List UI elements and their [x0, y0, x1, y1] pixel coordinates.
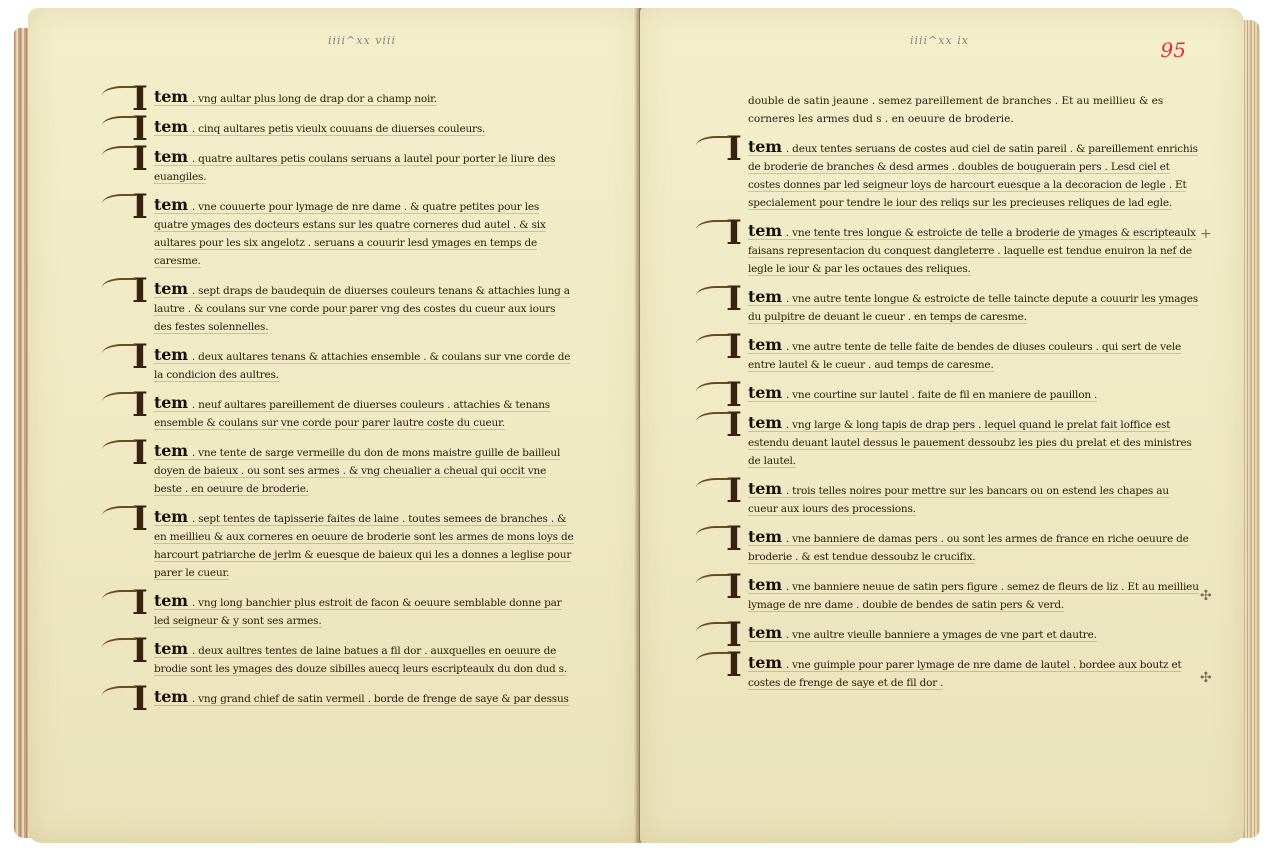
- inventory-entry: Item. vne autre tente de telle faite de …: [730, 336, 1200, 374]
- item-heading: tem: [748, 287, 782, 306]
- entry-text: . vne tente tres longue & estroicte de t…: [748, 227, 1196, 275]
- entry-text: . vne autre tente longue & estroicte de …: [748, 293, 1198, 323]
- marginal-quatrefoil-mark: ✣: [1200, 588, 1212, 604]
- decorated-initial: I: [726, 282, 742, 316]
- left-text-block: Item. vng aultar plus long de drap dor a…: [136, 88, 576, 718]
- item-heading: tem: [748, 335, 782, 354]
- entry-text: . vne banniere neuue de satin pers figur…: [748, 581, 1199, 611]
- inventory-entry: Item. vng long banchier plus estroit de …: [136, 592, 576, 630]
- inventory-entry: Item. vng large & long tapis de drap per…: [730, 414, 1200, 470]
- entry-text: . vne couuerte pour lymage de nre dame .…: [154, 201, 546, 267]
- item-heading: tem: [748, 623, 782, 642]
- entry-text: . vne aultre vieulle banniere a ymages d…: [786, 629, 1097, 641]
- decorated-initial: I: [726, 570, 742, 604]
- inventory-entry: Item. neuf aultares pareillement de diue…: [136, 394, 576, 432]
- inventory-entry: Item. cinq aultares petis vieulx couuans…: [136, 118, 576, 138]
- marginal-cross-mark: +: [1200, 226, 1212, 242]
- inventory-entry: Item. sept tentes de tapisserie faites d…: [136, 508, 576, 582]
- entry-text: . deux aultres tentes de laine batues a …: [154, 645, 567, 675]
- inventory-entry: Item. deux aultares tenans & attachies e…: [136, 346, 576, 384]
- item-heading: tem: [748, 137, 782, 156]
- decorated-initial: I: [132, 436, 148, 470]
- decorated-initial: I: [726, 648, 742, 682]
- entry-text: . vne autre tente de telle faite de bend…: [748, 341, 1181, 371]
- decorated-initial: I: [132, 388, 148, 422]
- entry-text: . vne banniere de damas pers . ou sont l…: [748, 533, 1189, 563]
- inventory-entry: Item. quatre aultares petis coulans seru…: [136, 148, 576, 186]
- inventory-entry: Item. vne banniere neuue de satin pers f…: [730, 576, 1200, 614]
- inventory-entry: Item. deux aultres tentes de laine batue…: [136, 640, 576, 678]
- item-heading: tem: [154, 441, 188, 460]
- inventory-entry: Item. trois telles noires pour mettre su…: [730, 480, 1200, 518]
- decorated-initial: I: [132, 142, 148, 176]
- inventory-entry: Item. vng aultar plus long de drap dor a…: [136, 88, 576, 108]
- folio-number: 95: [1161, 38, 1186, 62]
- item-heading: tem: [154, 195, 188, 214]
- right-text-block: double de satin jeaune . semez pareillem…: [730, 92, 1200, 702]
- entry-text: . trois telles noires pour mettre sur le…: [748, 485, 1169, 515]
- entry-text: . neuf aultares pareillement de diuerses…: [154, 399, 550, 429]
- item-heading: tem: [748, 527, 782, 546]
- item-heading: tem: [748, 221, 782, 240]
- decorated-initial: I: [132, 634, 148, 668]
- decorated-initial: I: [726, 132, 742, 166]
- inventory-entry: Item. vne autre tente longue & estroicte…: [730, 288, 1200, 326]
- marginal-quatrefoil-mark: ✣: [1200, 670, 1212, 686]
- entry-text: . quatre aultares petis coulans seruans …: [154, 153, 555, 183]
- decorated-initial: I: [132, 190, 148, 224]
- right-foliation: iiii^xx ix: [910, 34, 969, 47]
- entry-text: . vne guimple pour parer lymage de nre d…: [748, 659, 1181, 689]
- item-heading: tem: [154, 87, 188, 106]
- left-foliation: iiii^xx viii: [328, 34, 396, 47]
- item-heading: tem: [748, 383, 782, 402]
- item-heading: tem: [154, 591, 188, 610]
- inventory-entry: Item. vne tente tres longue & estroicte …: [730, 222, 1200, 278]
- left-page: iiii^xx viii Item. vng aultar plus long …: [28, 8, 640, 843]
- entry-text: . sept tentes de tapisserie faites de la…: [154, 513, 574, 579]
- item-heading: tem: [154, 345, 188, 364]
- right-page: iiii^xx ix 95 double de satin jeaune . s…: [640, 8, 1244, 843]
- item-heading: tem: [748, 413, 782, 432]
- decorated-initial: I: [132, 274, 148, 308]
- entry-text: . vng aultar plus long de drap dor a cha…: [192, 93, 437, 105]
- item-heading: tem: [154, 507, 188, 526]
- decorated-initial: I: [132, 502, 148, 536]
- inventory-entry: Item. vne couuerte pour lymage de nre da…: [136, 196, 576, 270]
- item-heading: tem: [748, 653, 782, 672]
- entry-text: . vne tente de sarge vermeille du don de…: [154, 447, 560, 495]
- continuation-text: double de satin jeaune . semez pareillem…: [730, 92, 1200, 128]
- item-heading: tem: [154, 147, 188, 166]
- entry-text: . cinq aultares petis vieulx couuans de …: [192, 123, 485, 135]
- item-heading: tem: [154, 687, 188, 706]
- entry-text: . vne courtine sur lautel . faite de fil…: [786, 389, 1097, 401]
- decorated-initial: I: [132, 340, 148, 374]
- entry-text: . vng long banchier plus estroit de faco…: [154, 597, 562, 627]
- decorated-initial: I: [726, 474, 742, 508]
- entry-text: . deux aultares tenans & attachies ensem…: [154, 351, 570, 381]
- inventory-entry: Item. vne tente de sarge vermeille du do…: [136, 442, 576, 498]
- inventory-entry: Item. sept draps de baudequin de diuerse…: [136, 280, 576, 336]
- inventory-entry: Item. deux tentes seruans de costes aud …: [730, 138, 1200, 212]
- entry-text: . deux tentes seruans de costes aud ciel…: [748, 143, 1198, 209]
- decorated-initial: I: [726, 216, 742, 250]
- item-heading: tem: [154, 279, 188, 298]
- inventory-entry: Item. vne aultre vieulle banniere a ymag…: [730, 624, 1200, 644]
- item-heading: tem: [154, 393, 188, 412]
- decorated-initial: I: [726, 330, 742, 364]
- inventory-entry: Item. vne guimple pour parer lymage de n…: [730, 654, 1200, 692]
- decorated-initial: I: [132, 682, 148, 716]
- decorated-initial: I: [726, 408, 742, 442]
- decorated-initial: I: [132, 586, 148, 620]
- item-heading: tem: [154, 639, 188, 658]
- decorated-initial: I: [726, 522, 742, 556]
- open-manuscript: iiii^xx viii Item. vng aultar plus long …: [14, 8, 1260, 848]
- inventory-entry: Item. vne courtine sur lautel . faite de…: [730, 384, 1200, 404]
- item-heading: tem: [748, 479, 782, 498]
- item-heading: tem: [748, 575, 782, 594]
- entry-text: . vng large & long tapis de drap pers . …: [748, 419, 1192, 467]
- inventory-entry: Item. vne banniere de damas pers . ou so…: [730, 528, 1200, 566]
- item-heading: tem: [154, 117, 188, 136]
- entry-text: . vng grand chief de satin vermeil . bor…: [192, 693, 569, 705]
- inventory-entry: Item. vng grand chief de satin vermeil .…: [136, 688, 576, 708]
- entry-text: . sept draps de baudequin de diuerses co…: [154, 285, 570, 333]
